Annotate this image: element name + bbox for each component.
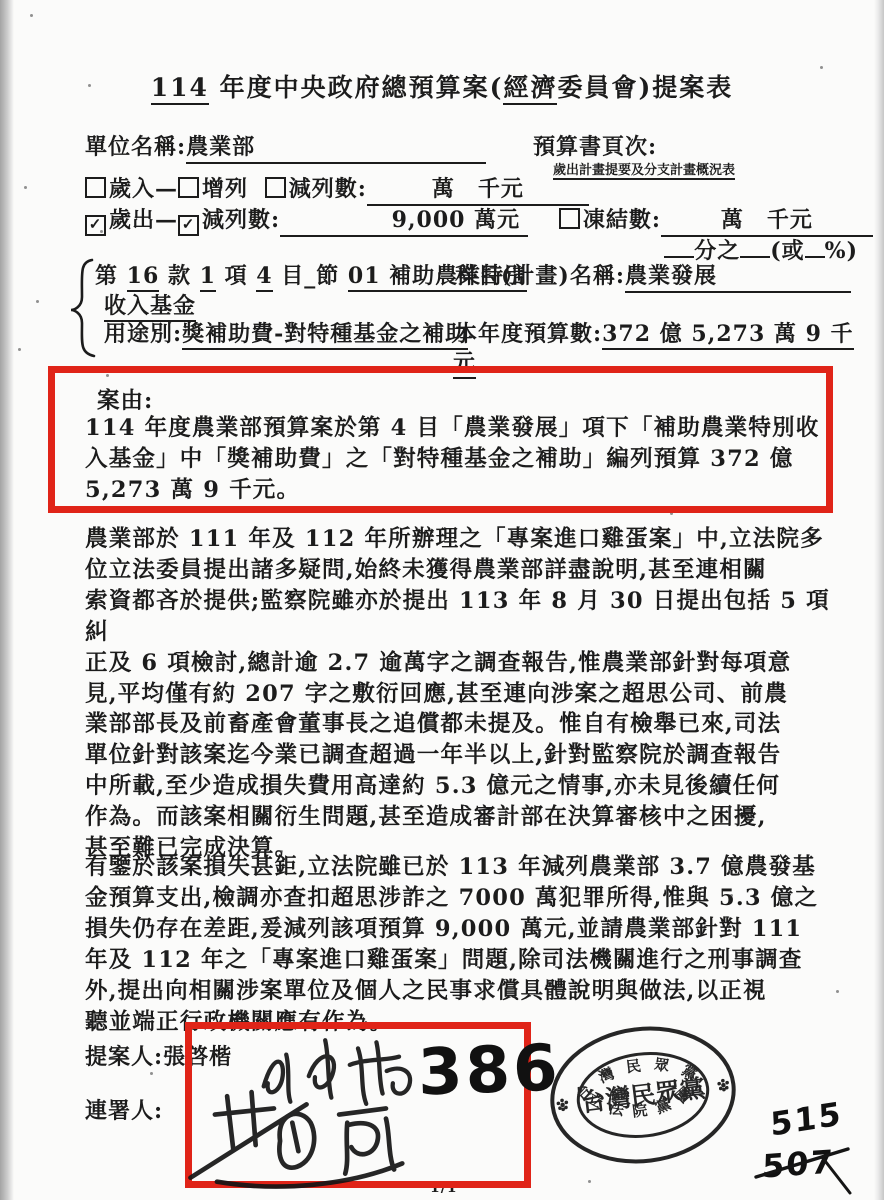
- usage-label: 用途別:: [104, 321, 182, 347]
- title-suffix: 委員會)提案表: [557, 73, 733, 102]
- subject-row: 科目(計畫)名稱:農業發展: [455, 259, 851, 293]
- fraction-blank-3: [805, 233, 825, 258]
- checkbox-revenue-in: [85, 177, 106, 198]
- cosigner-label: 連署人:: [85, 1098, 163, 1124]
- checkbox-freeze: [559, 208, 580, 229]
- clause-kuan-no: 16: [127, 263, 160, 292]
- party-stamp: 台灣民眾黨 台灣民眾黨 立法院黨團: [540, 1013, 746, 1177]
- subject-label: 科目(計畫)名稱:: [455, 263, 625, 289]
- handwritten-vote-number: 386: [417, 1032, 562, 1111]
- body-paragraph-2: 有鑒於該案損失甚鉅,立法院雖已於 113 年減列農業部 3.7 億農發基 金預算…: [85, 852, 847, 1037]
- document-title: 114 年度中央政府總預算案(經濟委員會)提案表: [0, 68, 884, 104]
- expenditure-decrease-value: 9,000 萬元: [280, 203, 528, 237]
- title-year: 114: [151, 73, 209, 105]
- revenue-row: 歲入—增列 減列數:萬 千元: [85, 172, 589, 206]
- budget-value: 372 億 5,273 萬 9 千: [602, 321, 853, 350]
- stamp-flower-right: [717, 1078, 730, 1092]
- checkbox-increase: [178, 177, 199, 198]
- expenditure-row: ✓歲出—✓減列數:9,000 萬元 凍結數:萬 千元: [85, 203, 873, 237]
- clause-bracket: [68, 257, 96, 359]
- cosigner-row: 連署人:: [85, 1094, 163, 1125]
- expenditure-decrease-label: 減列數:: [202, 207, 280, 233]
- case-text: 114 年度農業部預算案於第 4 目「農業發展」項下「補助農業特別收 入基金」中…: [85, 413, 825, 506]
- title-committee: 經濟: [503, 73, 557, 105]
- fraction-blank-1: [664, 233, 694, 258]
- subject-value: 農業發展: [625, 259, 851, 293]
- party-stamp-seal: 台灣民眾黨 台灣民眾黨 立法院黨團: [540, 1013, 746, 1177]
- strikethrough-mark: [752, 1135, 862, 1197]
- body-paragraph-1: 農業部於 111 年及 112 年所辦理之「專案進口雞蛋案」中,立法院多 位立法…: [85, 524, 847, 864]
- clause-jie: 目_節: [273, 263, 348, 289]
- case-label: 案由:: [97, 383, 153, 415]
- check-icon: ✓: [89, 215, 103, 233]
- cosigner-signature: [186, 1084, 421, 1196]
- decrease-amount-label: 減列數:: [289, 176, 367, 202]
- freeze-label: 凍結數:: [583, 207, 661, 233]
- checkbox-decrease-amount: [265, 177, 286, 198]
- clause-xiang-no: 1: [200, 263, 216, 292]
- usage-value: 獎補助費-對特種基金之補助: [182, 321, 468, 350]
- clause-kuan: 款: [159, 263, 199, 289]
- scan-noise-specks: [30, 14, 33, 17]
- usage-row: 用途別:獎補助費-對特種基金之補助: [104, 317, 468, 348]
- clause-xiang: 項: [216, 263, 256, 289]
- scanned-proposal-document: 114 年度中央政府總預算案(經濟委員會)提案表 單位名稱:農業部 預算書頁次:…: [0, 0, 884, 1200]
- unit-name-label: 單位名稱:: [85, 134, 186, 160]
- budget-row: 本年度預算數:372 億 5,273 萬 9 千: [455, 317, 854, 348]
- budget-label: 本年度預算數:: [455, 321, 602, 347]
- clause-mu-no: 4: [256, 263, 272, 292]
- fraction-blank-2: [740, 233, 770, 258]
- scan-right-edge: [874, 0, 884, 1200]
- clause-prefix: 第: [95, 263, 127, 289]
- case-highlight-box: 案由: 114 年度農業部預算案於第 4 目「農業發展」項下「補助農業特別收 入…: [48, 366, 833, 513]
- check-icon: ✓: [182, 215, 196, 233]
- revenue-blank: 萬 千元: [367, 172, 589, 206]
- freeze-blank: 萬 千元: [661, 203, 873, 237]
- checkbox-expenditure-decrease: ✓: [178, 215, 199, 236]
- revenue-in-label: 歲入—: [109, 176, 178, 202]
- title-mid: 年度中央政府總預算案(: [209, 73, 504, 102]
- clause-line-2: 收入基金: [104, 289, 196, 320]
- budget-page-label: 預算書頁次:: [533, 130, 657, 161]
- unit-name-row: 單位名稱:農業部: [85, 130, 486, 164]
- unit-name-value: 農業部: [186, 130, 486, 164]
- expenditure-out-label: 歲出—: [109, 207, 178, 233]
- checkbox-expenditure-out: ✓: [85, 215, 106, 236]
- scan-left-edge: [0, 0, 14, 1200]
- increase-label: 增列: [202, 176, 248, 202]
- proposer-label: 提案人:: [85, 1044, 163, 1070]
